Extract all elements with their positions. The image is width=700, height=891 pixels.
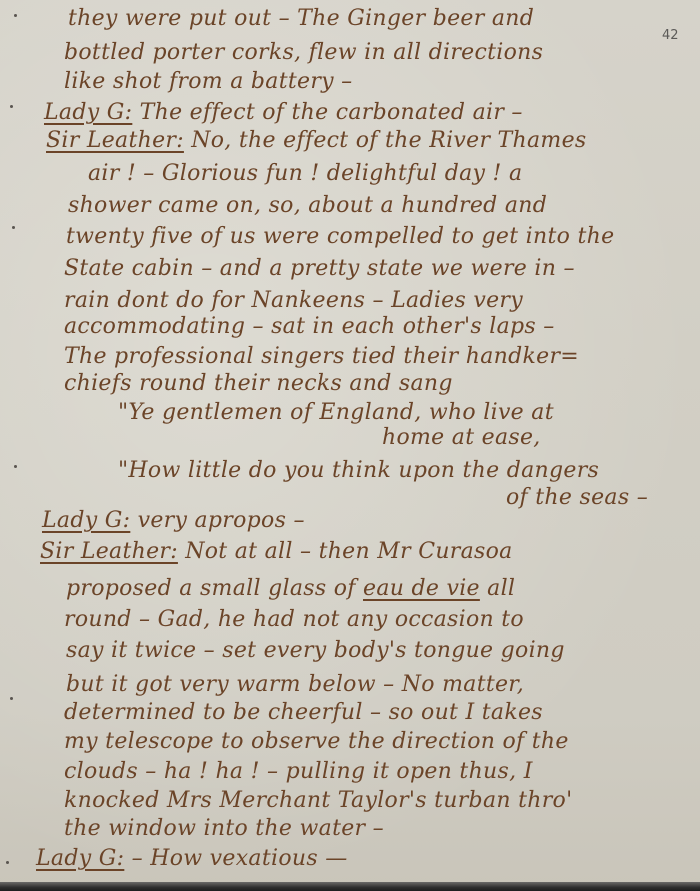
line-text: The professional singers tied their hand… [64, 344, 579, 369]
text-line: shower came on, so, about a hundred and [68, 195, 547, 217]
speaker-name: Sir Leather: [46, 128, 184, 153]
line-text: No, the effect of the River Thames [184, 128, 587, 153]
dialogue-line: Sir Leather: Not at all – then Mr Curaso… [40, 541, 513, 563]
line-text: home at ease, [382, 425, 541, 450]
line-text: bottled porter corks, flew in all direct… [64, 40, 543, 65]
text-line: The professional singers tied their hand… [64, 346, 579, 368]
text-line: bottled porter corks, flew in all direct… [64, 42, 543, 64]
line-text: round – Gad, he had not any occasion to [64, 607, 524, 632]
text-line: like shot from a battery – [64, 71, 352, 93]
paper-blemish [12, 226, 15, 229]
text-line: clouds – ha ! ha ! – pulling it open thu… [64, 761, 533, 783]
dialogue-line: Lady G: – How vexatious — [36, 848, 348, 870]
line-text: twenty five of us were compelled to get … [66, 224, 614, 249]
line-text: – How vexatious — [124, 846, 347, 871]
speaker-name: Lady G: [36, 846, 124, 871]
text-line: proposed a small glass of eau de vie all [66, 578, 515, 600]
line-text: accommodating – sat in each other's laps… [64, 314, 555, 339]
line-text: chiefs round their necks and sang [64, 371, 453, 396]
text-line: State cabin – and a pretty state we were… [64, 258, 575, 280]
text-line: twenty five of us were compelled to get … [66, 226, 614, 248]
paper-blemish [14, 465, 17, 468]
paper-blemish [6, 861, 9, 864]
line-text: State cabin – and a pretty state we were… [64, 256, 575, 281]
dialogue-line: Lady G: The effect of the carbonated air… [44, 102, 523, 124]
line-text: Not at all – then Mr Curasoa [178, 539, 513, 564]
page-number: 42 [662, 28, 679, 43]
line-text: of the seas – [506, 485, 648, 510]
underlined-phrase: eau de vie [363, 576, 480, 601]
page-bottom-edge [0, 882, 700, 891]
speaker-name: Lady G: [42, 508, 130, 533]
speaker-name: Sir Leather: [40, 539, 178, 564]
line-text: all [480, 576, 515, 601]
paper-blemish [10, 697, 13, 700]
line-text: determined to be cheerful – so out I tak… [64, 700, 543, 725]
text-line: the window into the water – [64, 818, 384, 840]
text-line: round – Gad, he had not any occasion to [64, 609, 524, 631]
line-text: they were put out – The Ginger beer and [68, 6, 534, 31]
text-line: my telescope to observe the direction of… [64, 731, 569, 753]
speaker-name: Lady G: [44, 100, 132, 125]
paper-blemish [10, 105, 13, 108]
dialogue-line: Lady G: very apropos – [42, 510, 305, 532]
line-text: knocked Mrs Merchant Taylor's turban thr… [64, 788, 572, 813]
line-text: the window into the water – [64, 816, 384, 841]
paper-blemish [14, 14, 17, 17]
line-text: very apropos – [130, 508, 304, 533]
song-verse-line: of the seas – [506, 487, 648, 509]
line-text: say it twice – set every body's tongue g… [66, 638, 565, 663]
line-text: shower came on, so, about a hundred and [68, 193, 547, 218]
line-text: rain dont do for Nankeens – Ladies very [64, 288, 523, 313]
line-text: clouds – ha ! ha ! – pulling it open thu… [64, 759, 533, 784]
line-text: air ! – Glorious fun ! delightful day ! … [88, 161, 522, 186]
line-text: "Ye gentlemen of England, who live at [118, 400, 554, 425]
manuscript-page: 42 they were put out – The Ginger beer a… [0, 0, 700, 891]
line-text: The effect of the carbonated air – [132, 100, 522, 125]
song-verse-line: "How little do you think upon the danger… [118, 460, 599, 482]
line-text: proposed a small glass of [66, 576, 363, 601]
text-line: but it got very warm below – No matter, [66, 674, 524, 696]
text-line: chiefs round their necks and sang [64, 373, 453, 395]
text-line: accommodating – sat in each other's laps… [64, 316, 555, 338]
text-line: they were put out – The Ginger beer and [68, 8, 534, 30]
text-line: air ! – Glorious fun ! delightful day ! … [88, 163, 522, 185]
line-text: but it got very warm below – No matter, [66, 672, 524, 697]
line-text: like shot from a battery – [64, 69, 352, 94]
line-text: my telescope to observe the direction of… [64, 729, 569, 754]
song-verse-line: "Ye gentlemen of England, who live at [118, 402, 554, 424]
song-verse-line: home at ease, [382, 427, 541, 449]
dialogue-line: Sir Leather: No, the effect of the River… [46, 130, 587, 152]
text-line: determined to be cheerful – so out I tak… [64, 702, 543, 724]
text-line: say it twice – set every body's tongue g… [66, 640, 565, 662]
text-line: rain dont do for Nankeens – Ladies very [64, 290, 523, 312]
text-line: knocked Mrs Merchant Taylor's turban thr… [64, 790, 572, 812]
line-text: "How little do you think upon the danger… [118, 458, 599, 483]
